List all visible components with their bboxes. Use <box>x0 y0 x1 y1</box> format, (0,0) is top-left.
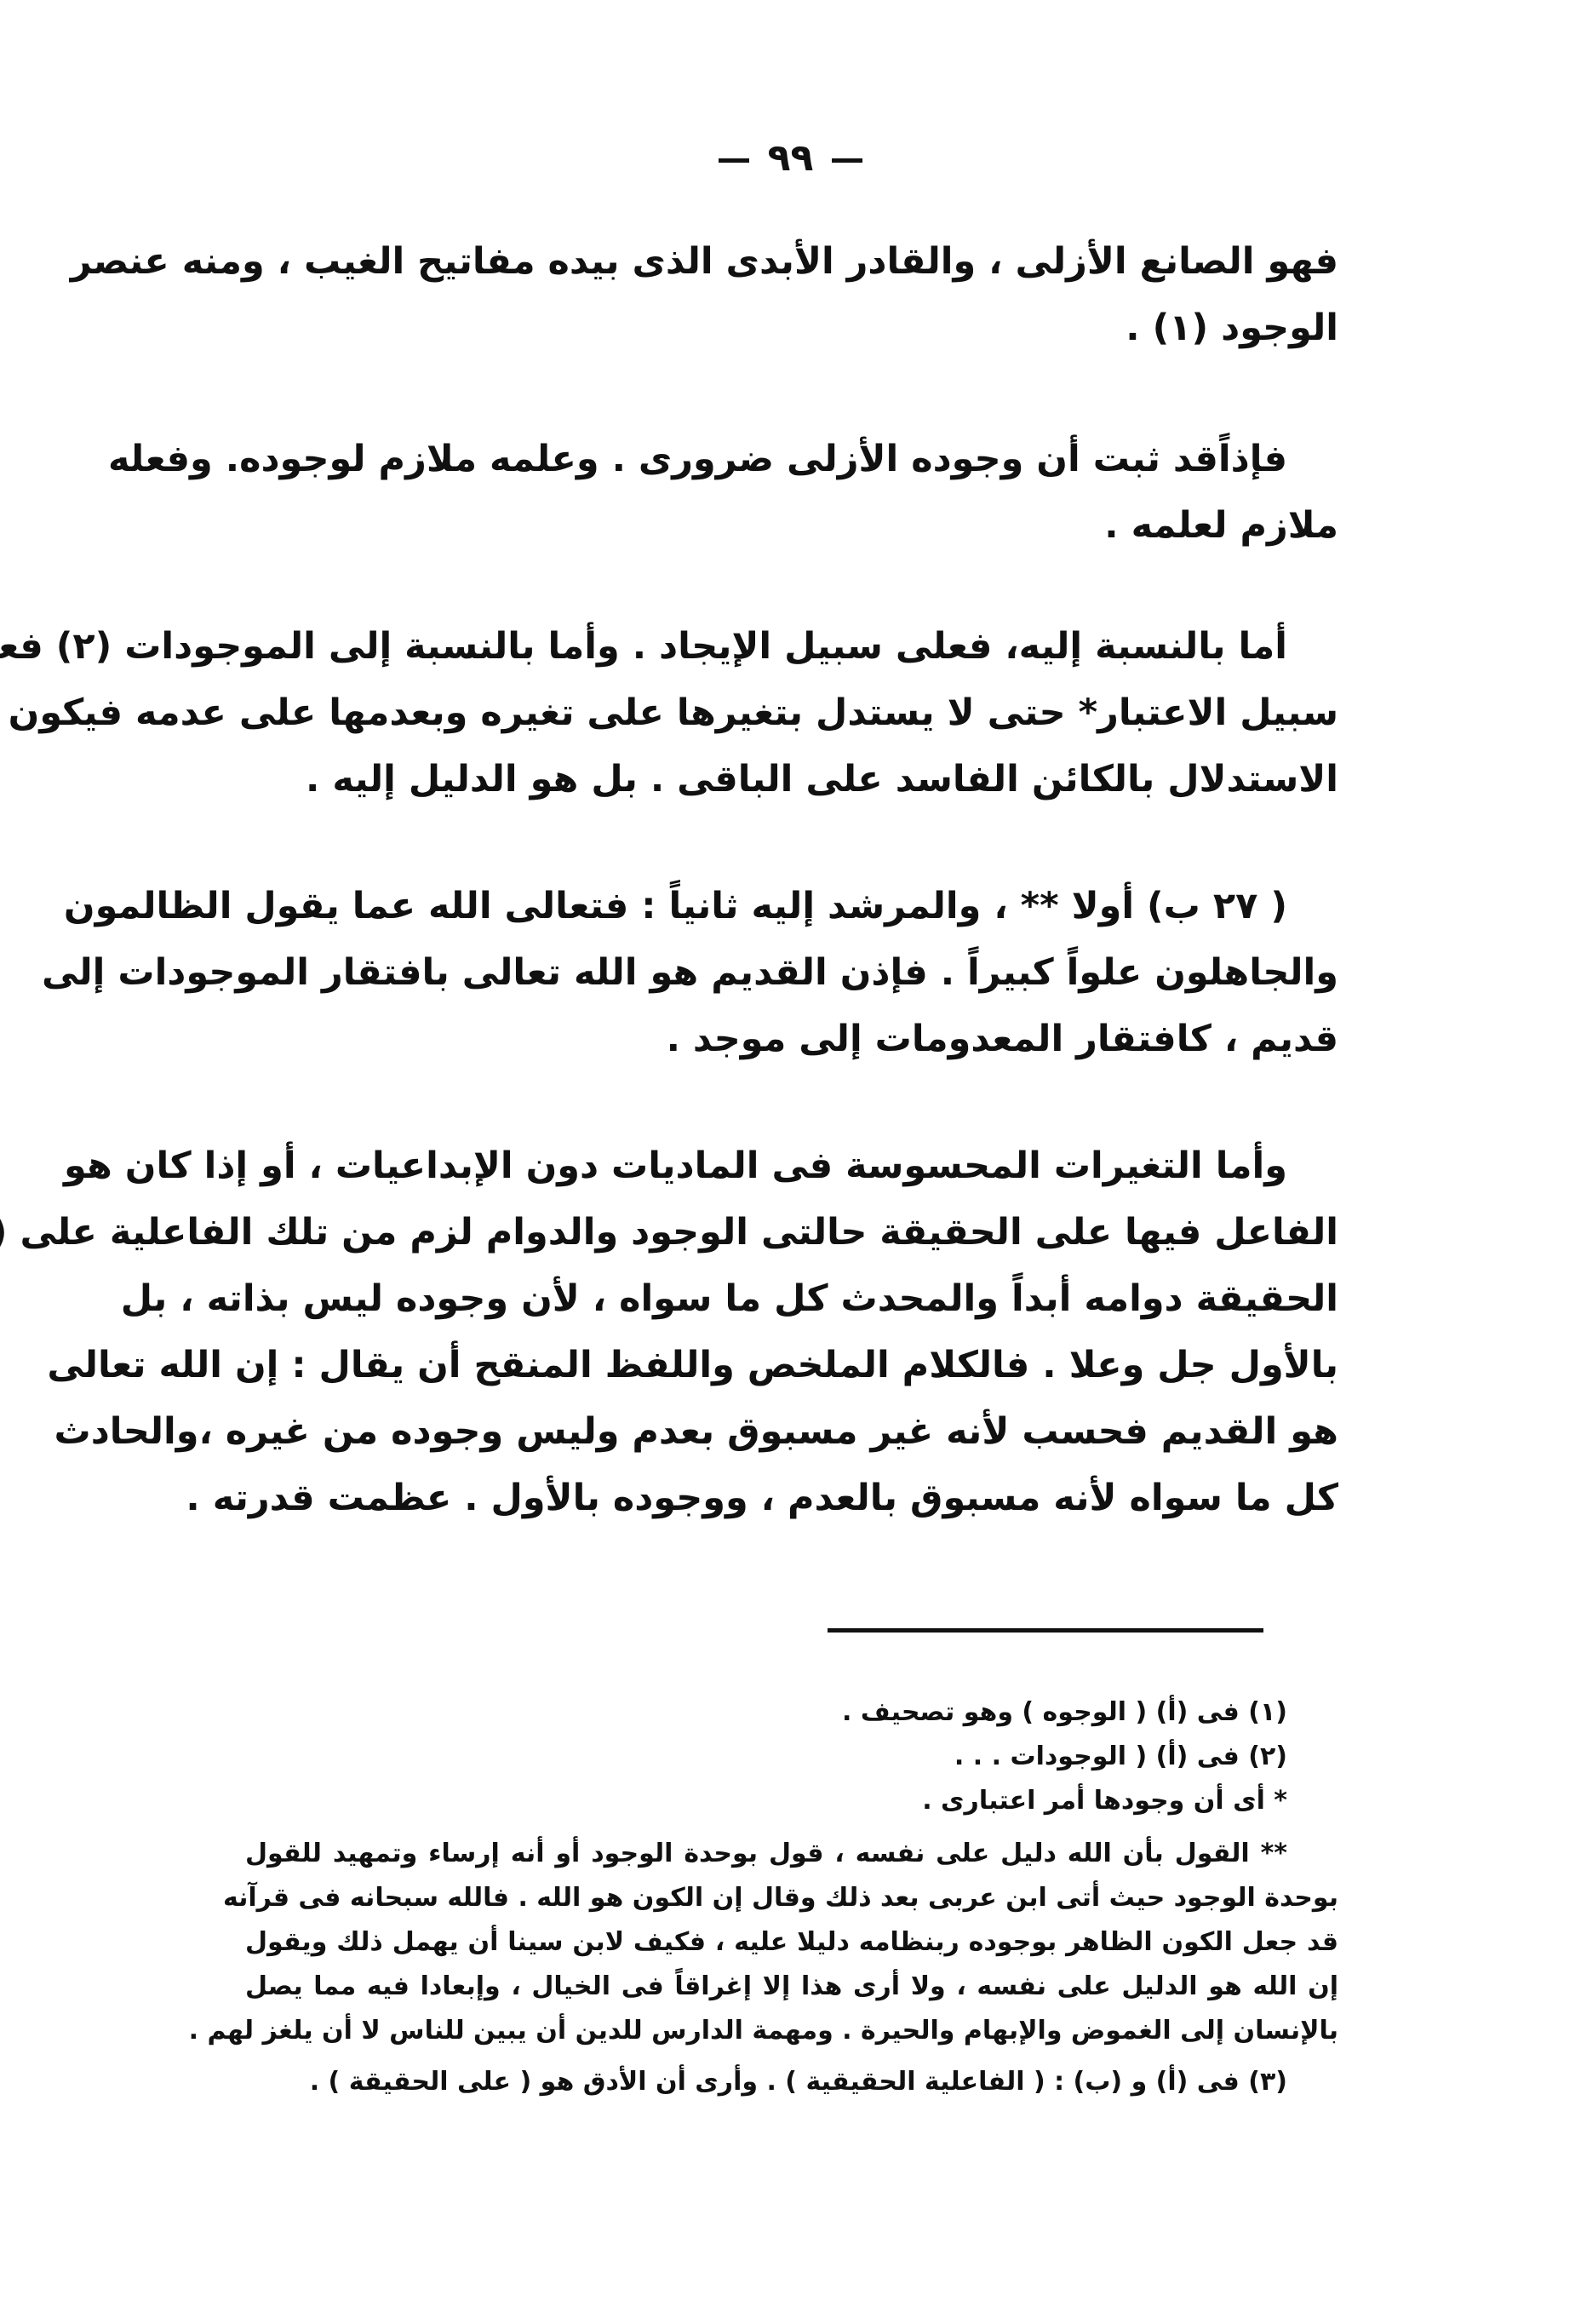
paragraph-3: أما بالنسبة إليه، فعلى سبيل الإيجاد . وأ… <box>245 613 1338 812</box>
text-line: الوجود (١) . <box>245 295 1338 361</box>
paragraph-5: وأما التغيرات المحسوسة فى الماديات دون ا… <box>245 1133 1338 1531</box>
text-line: أما بالنسبة إليه، فعلى سبيل الإيجاد . وأ… <box>245 613 1338 680</box>
text-line: الاستدلال بالكائن الفاسد على الباقى . بل… <box>245 746 1338 812</box>
footnote-line: (٣) فى (أ) و (ب) : ( الفاعلية الحقيقية )… <box>245 2060 1338 2104</box>
text-line: الفاعل فيها على الحقيقة حالتى الوجود وال… <box>245 1199 1338 1265</box>
footnote-separator <box>828 1628 1263 1633</box>
text-line: ( ٢٧ ب) أولا ** ، والمرشد إليه ثانياً : … <box>245 873 1338 939</box>
footnote-line: ** القول بأن الله دليل على نفسه ، قول بو… <box>245 1832 1338 1876</box>
footnote-2: (٢) فى (أ) ( الوجودات . . . <box>245 1735 1338 1779</box>
footnote-1: (١) فى (أ) ( الوجوه ) وهو تصحيف . <box>245 1690 1338 1735</box>
text-line: سبيل الاعتبار* حتى لا يستدل بتغيرها على … <box>245 680 1338 746</box>
text-line: بالأول جل وعلا . فالكلام الملخص واللفظ ا… <box>245 1332 1338 1398</box>
dash-right <box>832 158 862 163</box>
paragraph-4: ( ٢٧ ب) أولا ** ، والمرشد إليه ثانياً : … <box>245 873 1338 1072</box>
footnote-3: (٣) فى (أ) و (ب) : ( الفاعلية الحقيقية )… <box>245 2060 1338 2104</box>
text-line: والجاهلون علواً كبيراً . فإذن القديم هو … <box>245 939 1338 1006</box>
footnote-star: * أى أن وجودها أمر اعتبارى . <box>245 1779 1338 1823</box>
footnote-line: بوحدة الوجود حيث أتى ابن عربى بعد ذلك وق… <box>245 1876 1338 1920</box>
text-line: كل ما سواه لأنه مسبوق بالعدم ، ووجوده با… <box>245 1465 1338 1531</box>
text-line: ملازم لعلمه . <box>245 492 1338 559</box>
footnote-line: (٢) فى (أ) ( الوجودات . . . <box>245 1735 1338 1779</box>
footnote-line: إن الله هو الدليل على نفسه ، ولا أرى هذا… <box>245 1965 1338 2009</box>
page-number: ٩٩ <box>0 136 1581 180</box>
paragraph-2: فإذاًقد ثبت أن وجوده الأزلى ضرورى . وعلم… <box>245 426 1338 559</box>
dash-left <box>719 158 749 163</box>
text-line: الحقيقة دوامه أبداً والمحدث كل ما سواه ،… <box>245 1265 1338 1332</box>
paragraph-1: فهو الصانع الأزلى ، والقادر الأبدى الذى … <box>245 228 1338 361</box>
footnote-line: (١) فى (أ) ( الوجوه ) وهو تصحيف . <box>245 1690 1338 1735</box>
text-line: قديم ، كافتقار المعدومات إلى موجد . <box>245 1006 1338 1072</box>
footnote-line: * أى أن وجودها أمر اعتبارى . <box>245 1779 1338 1823</box>
footnote-double-star: ** القول بأن الله دليل على نفسه ، قول بو… <box>245 1832 1338 2053</box>
text-line: وأما التغيرات المحسوسة فى الماديات دون ا… <box>245 1133 1338 1199</box>
footnote-line: بالإنسان إلى الغموض والإبهام والحيرة . و… <box>245 2009 1338 2053</box>
footnote-line: قد جعل الكون الظاهر بوجوده ربنظامه دليلا… <box>245 1920 1338 1965</box>
page-number-text: ٩٩ <box>768 136 814 180</box>
document-page: ٩٩ فهو الصانع الأزلى ، والقادر الأبدى ال… <box>0 0 1581 2324</box>
text-line: فإذاًقد ثبت أن وجوده الأزلى ضرورى . وعلم… <box>245 426 1338 492</box>
text-line: هو القديم فحسب لأنه غير مسبوق بعدم وليس … <box>245 1398 1338 1465</box>
text-line: فهو الصانع الأزلى ، والقادر الأبدى الذى … <box>245 228 1338 295</box>
